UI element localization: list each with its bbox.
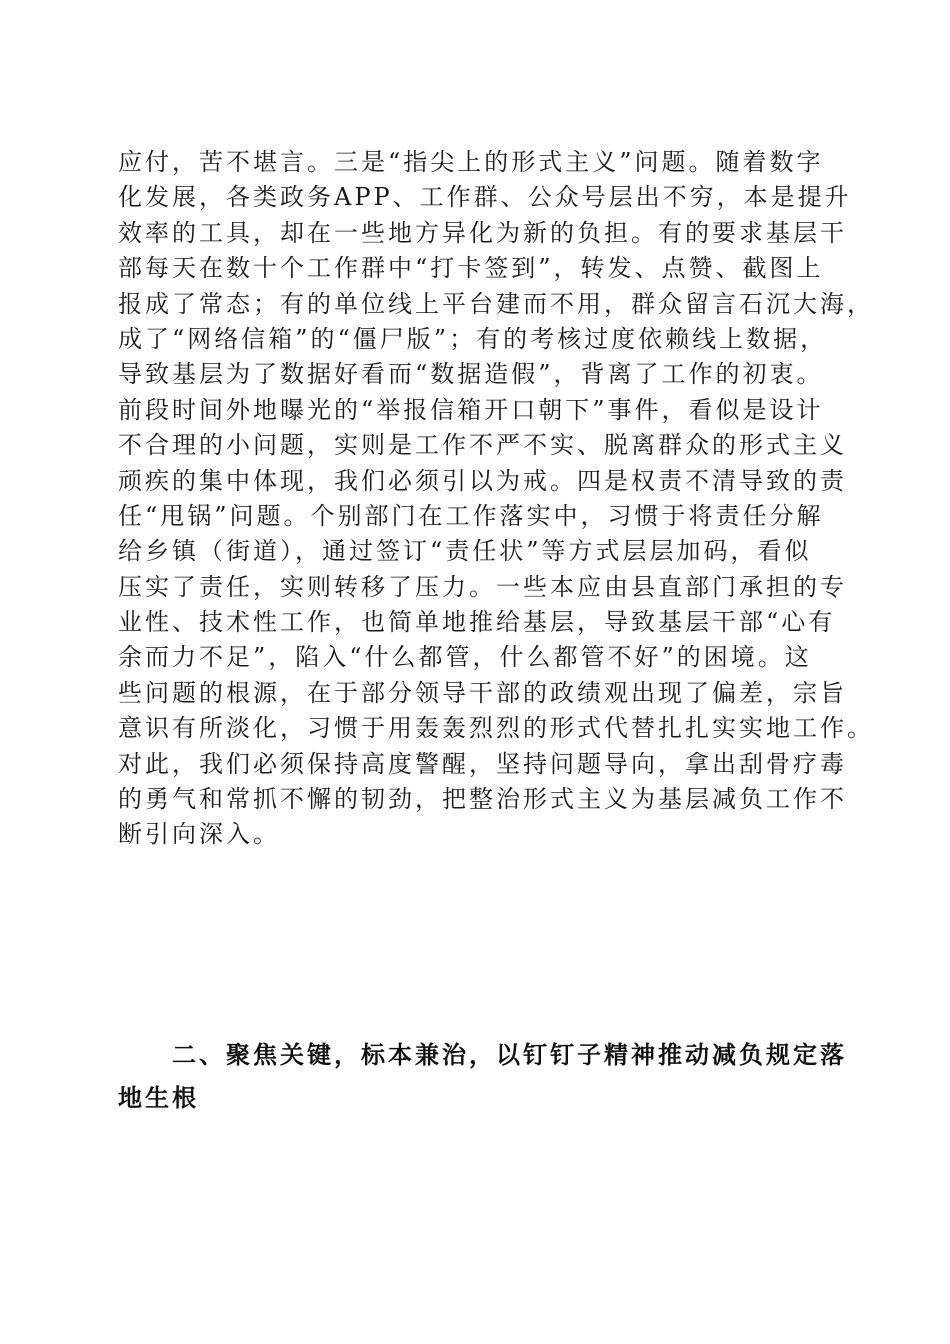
document-page: 应付，苦不堪言。三是“指尖上的形式主义”问题。随着数字 化发展，各类政务APP、…	[0, 0, 950, 1344]
text-line: 断引向深入。	[118, 817, 830, 852]
text-line: 前段时间外地曝光的“举报信箱开口朝下”事件，看似是设计	[118, 393, 830, 428]
text-line: 业性、技术性工作，也简单地推给基层，导致基层干部“心有	[118, 605, 830, 640]
text-line: 任“甩锅”问题。个别部门在工作落实中，习惯于将责任分解	[118, 499, 830, 534]
text-line: 成了“网络信箱”的“僵尸版”；有的考核过度依赖线上数据，	[118, 322, 830, 357]
text-line: 报成了常态；有的单位线上平台建而不用，群众留言石沉大海，	[118, 287, 830, 322]
section-heading-line-1: 二、聚焦关键，标本兼治，以钉钉子精神推动减负规定落	[118, 1034, 830, 1077]
text-line: 些问题的根源，在于部分领导干部的政绩观出现了偏差，宗旨	[118, 676, 830, 711]
text-line: 意识有所淡化，习惯于用轰轰烈烈的形式代替扎扎实实地工作。	[118, 711, 830, 746]
text-line: 导致基层为了数据好看而“数据造假”，背离了工作的初衷。	[118, 357, 830, 392]
section-heading-line-2: 地生根	[118, 1077, 830, 1120]
text-line: 顽疾的集中体现，我们必须引以为戒。四是权责不清导致的责	[118, 464, 830, 499]
text-line: 给乡镇（街道），通过签订“责任状”等方式层层加码，看似	[118, 534, 830, 569]
text-line: 对此，我们必须保持高度警醒，坚持问题导向，拿出刮骨疗毒	[118, 747, 830, 782]
body-paragraph: 应付，苦不堪言。三是“指尖上的形式主义”问题。随着数字 化发展，各类政务APP、…	[118, 145, 830, 853]
text-line: 压实了责任，实则转移了压力。一些本应由县直部门承担的专	[118, 570, 830, 605]
section-heading: 二、聚焦关键，标本兼治，以钉钉子精神推动减负规定落 地生根	[118, 1034, 830, 1120]
text-line: 的勇气和常抓不懈的韧劲，把整治形式主义为基层减负工作不	[118, 782, 830, 817]
text-line: 余而力不足”，陷入“什么都管，什么都管不好”的困境。这	[118, 640, 830, 675]
text-line: 化发展，各类政务APP、工作群、公众号层出不穷，本是提升	[118, 180, 830, 215]
text-line: 应付，苦不堪言。三是“指尖上的形式主义”问题。随着数字	[118, 145, 830, 180]
text-line: 部每天在数十个工作群中“打卡签到”，转发、点赞、截图上	[118, 251, 830, 286]
text-line: 效率的工具，却在一些地方异化为新的负担。有的要求基层干	[118, 216, 830, 251]
text-line: 不合理的小问题，实则是工作不严不实、脱离群众的形式主义	[118, 428, 830, 463]
